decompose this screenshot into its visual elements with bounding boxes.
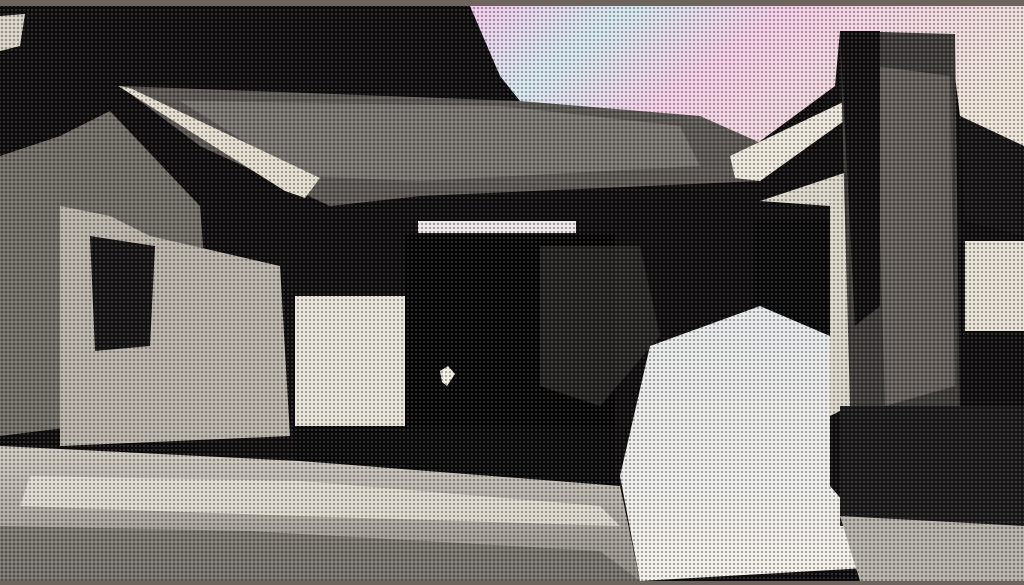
house-photo	[0, 6, 1024, 581]
photo-frame	[0, 0, 1024, 585]
